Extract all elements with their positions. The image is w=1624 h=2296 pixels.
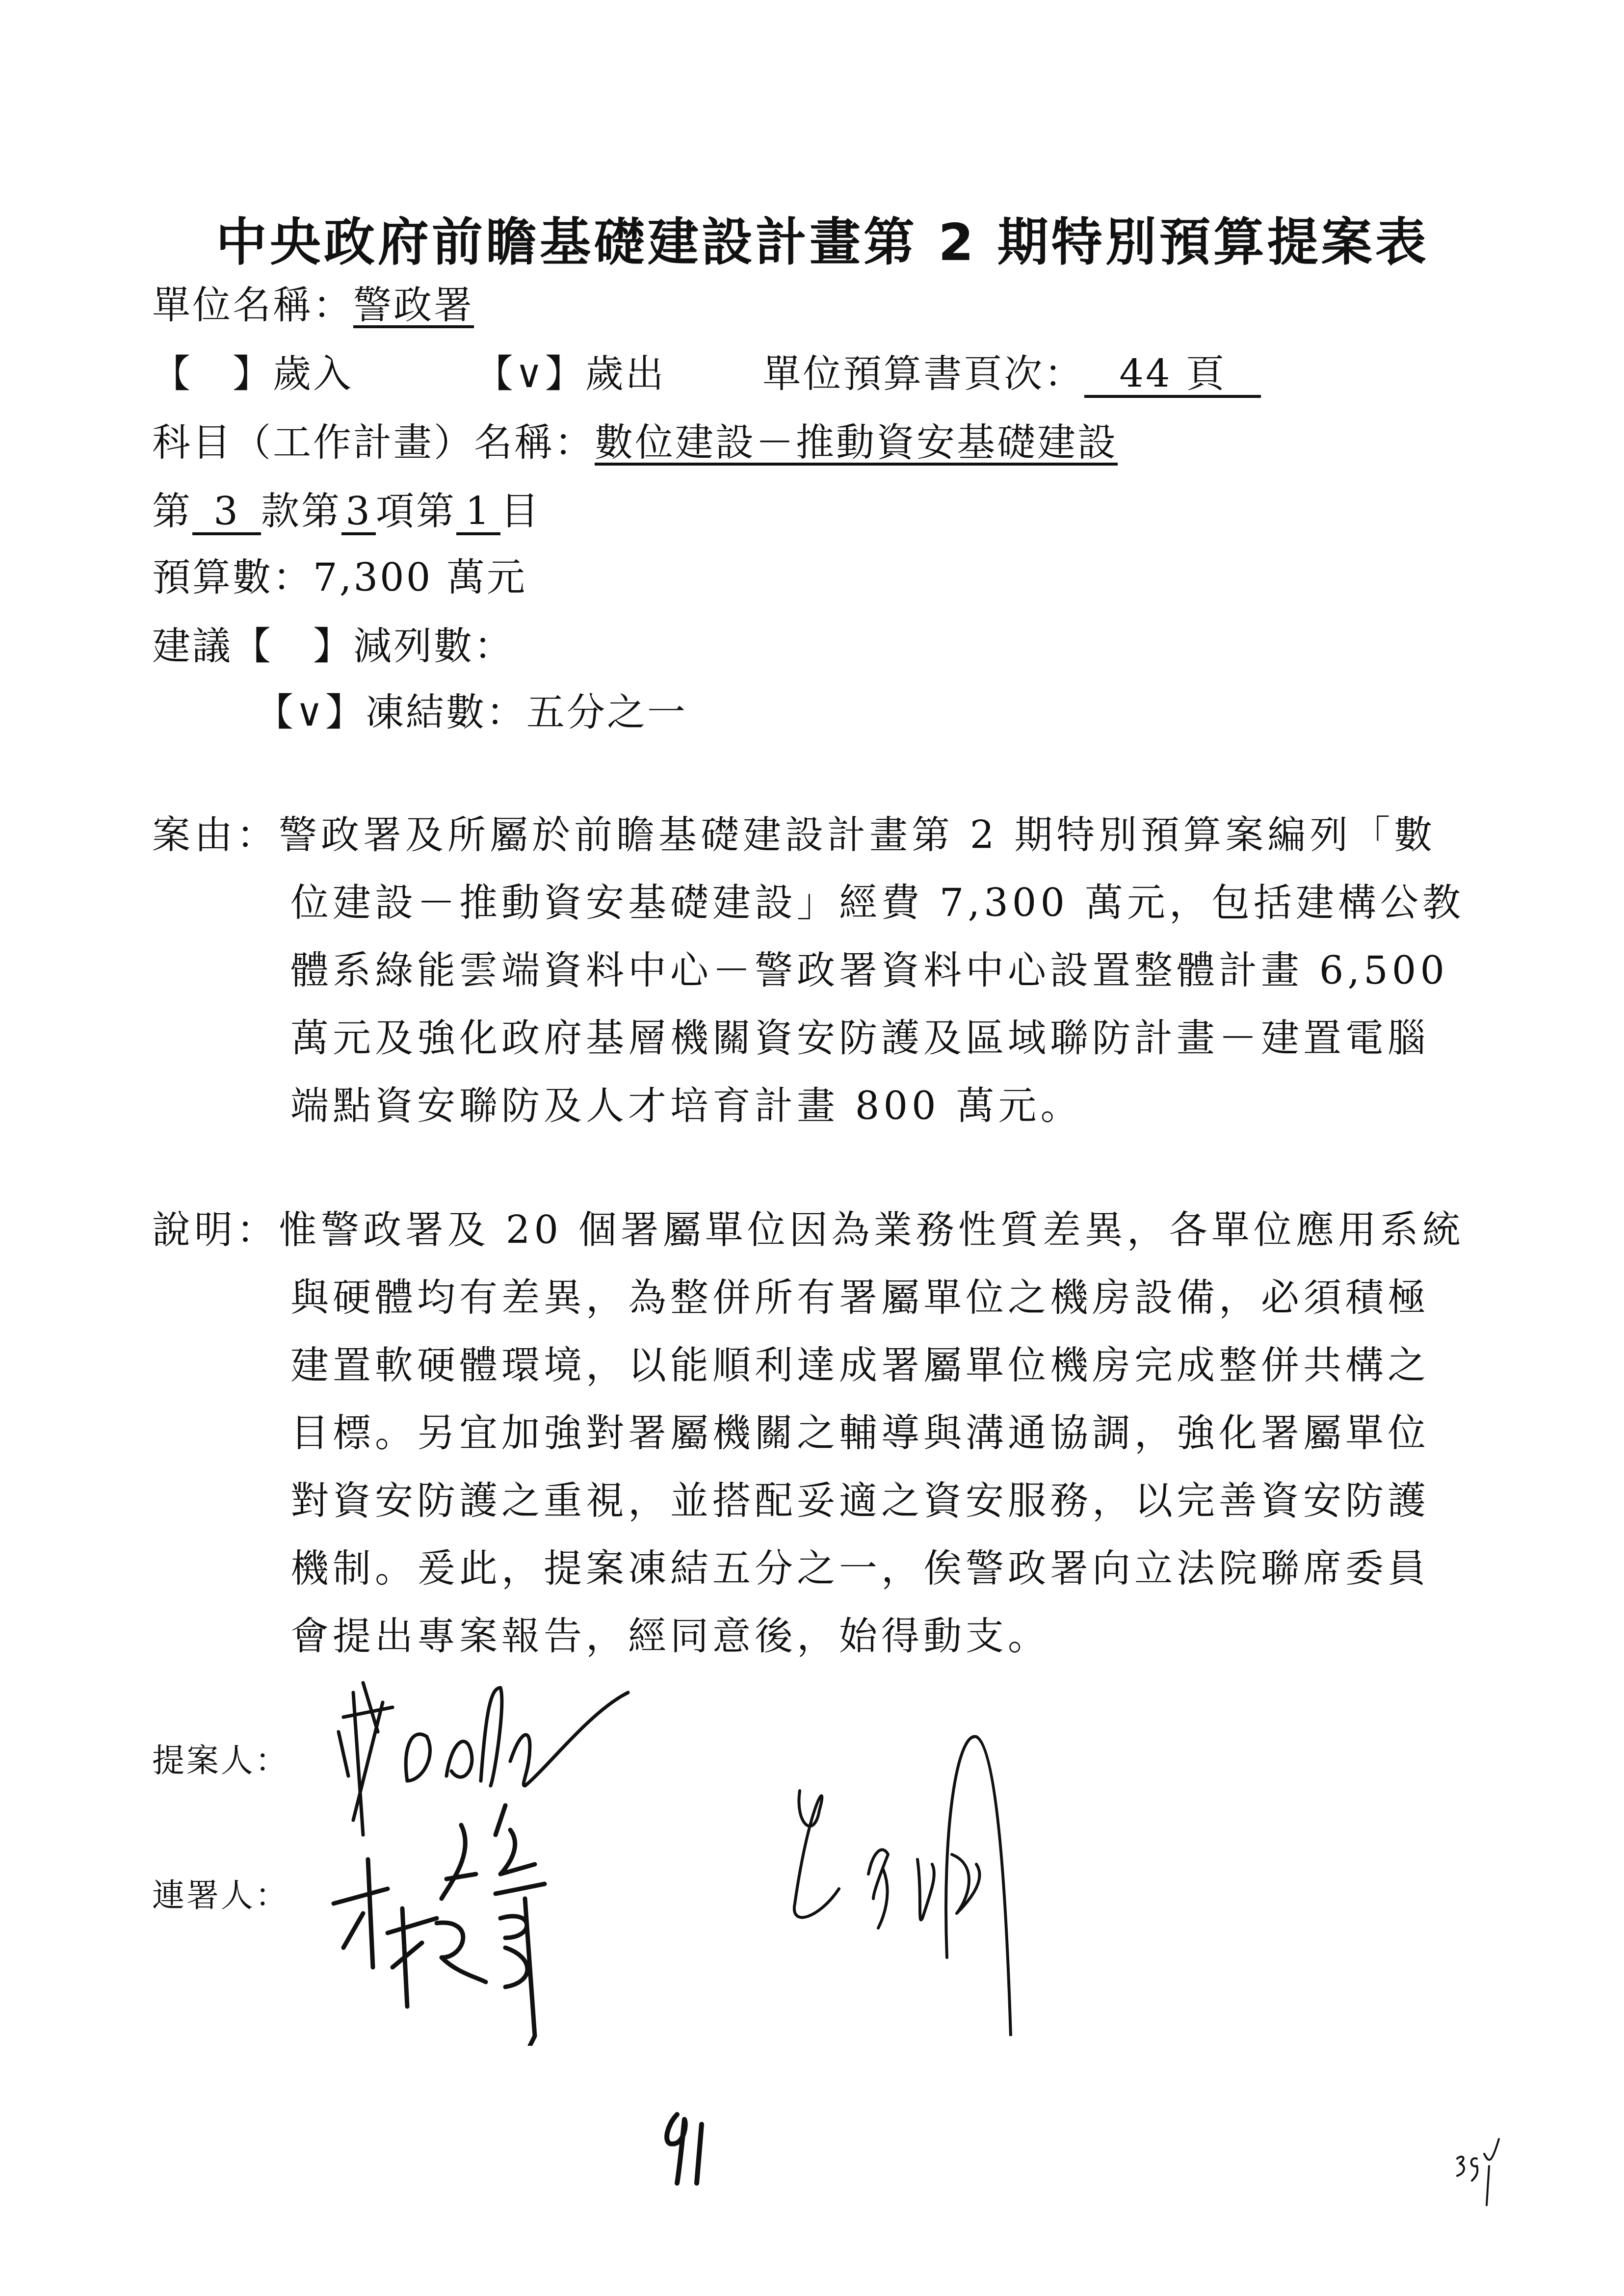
reason-line: 體系綠能雲端資料中心－警政署資料中心設置整體計畫 6,500	[152, 940, 1506, 1008]
explanation-text: 建置軟硬體環境，以能順利達成署屬單位機房完成整併共構之	[290, 1344, 1430, 1388]
xiang-value: 3	[341, 492, 376, 535]
proposal-form-page: 中央政府前瞻基礎建設計畫第 2 期特別預算提案表 單位名稱：警政署 【 】歲入 …	[0, 0, 1624, 2296]
budget-value: 7,300 萬元	[313, 556, 527, 600]
suggestion-label: 建議	[152, 625, 233, 669]
item-code-text: 款第	[261, 490, 341, 534]
explanation-text: 對資安防護之重視，並搭配妥適之資安服務，以完善資安防護	[290, 1479, 1430, 1523]
freeze-checkbox: 【∨】	[255, 691, 366, 735]
freeze-value: 五分之一	[526, 691, 687, 735]
unit-name-value: 警政署	[353, 284, 474, 328]
budget-book-page-value: 44 頁	[1084, 355, 1261, 398]
item-code-text: 第	[152, 490, 192, 534]
revenue-label: 歲入	[273, 352, 353, 396]
explanation-line: 對資安防護之重視，並搭配妥適之資安服務，以完善資安防護	[152, 1470, 1506, 1538]
subject-value: 數位建設－推動資安基礎建設	[595, 421, 1118, 465]
reduce-label: 減列數：	[353, 625, 514, 669]
explanation-label: 說明：	[152, 1208, 279, 1252]
budget-label: 預算數：	[152, 556, 313, 600]
reason-text: 端點資安聯防及人才培育計畫 800 萬元。	[290, 1084, 1082, 1128]
reason-text: 萬元及強化政府基層機關資安防護及區域聯防計畫－建置電腦	[290, 1017, 1430, 1061]
revenue-expense-row: 【 】歲入 【∨】歲出 單位預算書頁次：44 頁	[152, 343, 1261, 398]
reason-text: 警政署及所屬於前瞻基礎建設計畫第 2 期特別預算案編列「數	[279, 813, 1436, 858]
item-code-text: 項第	[376, 490, 456, 534]
subject-label: 科目（工作計畫）名稱：	[152, 421, 595, 465]
reason-text: 位建設－推動資安基礎建設」經費 7,300 萬元，包括建構公教	[290, 881, 1465, 925]
kuan-value: 3	[192, 492, 261, 535]
budget-row: 預算數：7,300 萬元	[152, 547, 527, 602]
reason-label: 案由：	[152, 813, 279, 858]
suggestion-freeze-row: 【∨】凍結數：五分之一	[255, 682, 687, 737]
explanation-text: 機制。爰此，提案凍結五分之一，俟警政署向立法院聯席委員	[290, 1547, 1430, 1591]
reason-line: 萬元及強化政府基層機關資安防護及區域聯防計畫－建置電腦	[152, 1008, 1506, 1075]
revenue-checkbox: 【 】	[152, 352, 273, 396]
explanation-line: 與硬體均有差異，為整併所有署屬單位之機房設備，必須積極	[152, 1267, 1506, 1335]
cosigner-label: 連署人：	[152, 1869, 289, 1916]
document-title: 中央政府前瞻基礎建設計畫第 2 期特別預算提案表	[216, 201, 1442, 275]
suggestion-reduce-row: 建議【 】減列數：	[152, 616, 514, 671]
explanation-line: 機制。爰此，提案凍結五分之一，俟警政署向立法院聯席委員	[152, 1538, 1506, 1606]
item-code-text: 目	[500, 490, 541, 534]
item-code-row: 第3款第3項第1目	[152, 481, 541, 536]
freeze-label: 凍結數：	[366, 691, 526, 735]
subject-row: 科目（工作計畫）名稱：數位建設－推動資安基礎建設	[152, 412, 1118, 467]
budget-book-page-label: 單位預算書頁次：	[762, 352, 1084, 396]
mu-value: 1	[456, 492, 500, 535]
reason-line: 案由：警政署及所屬於前瞻基礎建設計畫第 2 期特別預算案編列「數	[152, 805, 1506, 872]
explanation-text: 目標。另宜加強對署屬機關之輔導與溝通協調，強化署屬單位	[290, 1411, 1430, 1456]
explanation-text: 與硬體均有差異，為整併所有署屬單位之機房設備，必須積極	[290, 1276, 1430, 1320]
reduce-checkbox: 【 】	[233, 625, 353, 669]
reason-line: 位建設－推動資安基礎建設」經費 7,300 萬元，包括建構公教	[152, 872, 1506, 940]
explanation-line: 會提出專案報告，經同意後，始得動支。	[152, 1606, 1506, 1673]
unit-name-label: 單位名稱：	[152, 284, 353, 328]
cosigner-signature-2-icon	[790, 1732, 1045, 2036]
reason-section: 案由：警政署及所屬於前瞻基礎建設計畫第 2 期特別預算案編列「數 位建設－推動資…	[152, 805, 1506, 1143]
expense-label: 歲出	[585, 352, 666, 396]
reason-text: 體系綠能雲端資料中心－警政署資料中心設置整體計畫 6,500	[290, 949, 1448, 993]
explanation-line: 目標。另宜加強對署屬機關之輔導與溝通協調，強化署屬單位	[152, 1403, 1506, 1470]
handwritten-corner-number-icon	[1452, 2129, 1511, 2213]
explanation-text: 會提出專案報告，經同意後，始得動支。	[290, 1615, 1050, 1659]
expense-checkbox: 【∨】	[475, 352, 585, 396]
reason-line: 端點資安聯防及人才培育計畫 800 萬元。	[152, 1075, 1506, 1143]
proposer-label: 提案人：	[152, 1734, 289, 1781]
explanation-section: 說明：惟警政署及 20 個署屬單位因為業務性質差異，各單位應用系統 與硬體均有差…	[152, 1200, 1506, 1673]
explanation-text: 惟警政署及 20 個署屬單位因為業務性質差異，各單位應用系統	[279, 1208, 1465, 1252]
handwritten-page-number-icon	[657, 2105, 726, 2193]
unit-name-row: 單位名稱：警政署	[152, 275, 474, 330]
explanation-line: 建置軟硬體環境，以能順利達成署屬單位機房完成整併共構之	[152, 1335, 1506, 1403]
cosigner-signature-1-icon	[329, 1771, 633, 2046]
explanation-line: 說明：惟警政署及 20 個署屬單位因為業務性質差異，各單位應用系統	[152, 1200, 1506, 1267]
